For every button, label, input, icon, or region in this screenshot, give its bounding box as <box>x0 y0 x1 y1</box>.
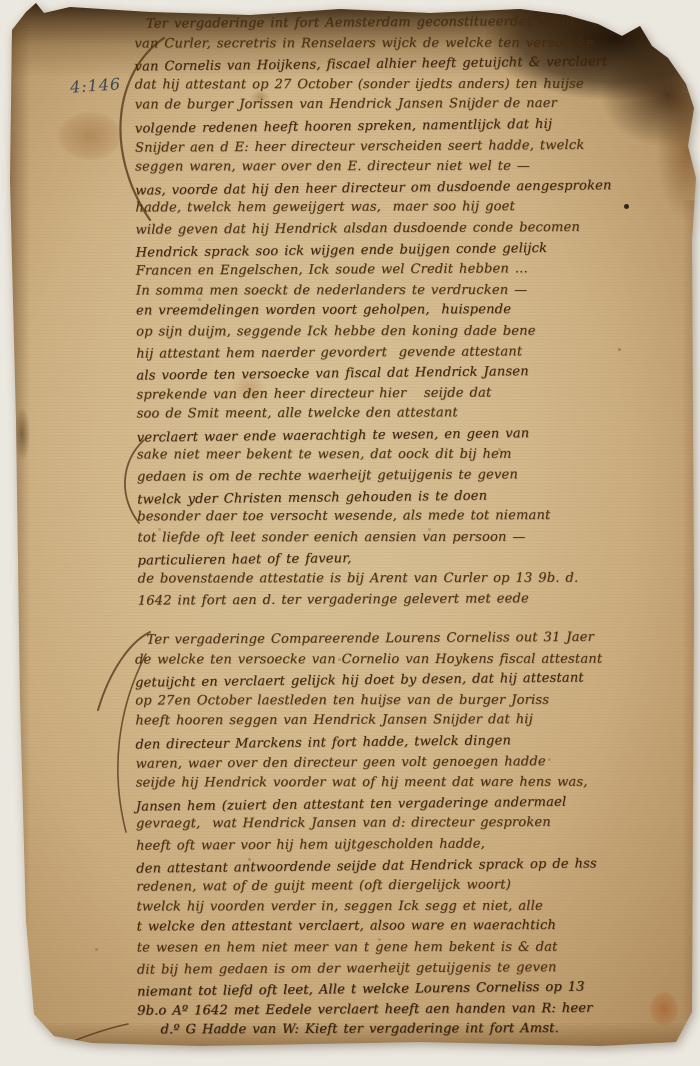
manuscript-line: heeft hooren seggen van Hendrick Jansen … <box>135 710 681 732</box>
paper-sheet-wrap: 4:146 Ter vergaderinge int fort Aemsterd… <box>0 0 700 1066</box>
manuscript-line: twelck hij voorden verder in, seggen Ick… <box>136 896 682 918</box>
manuscript-line: op sijn duijm, seggende Ick hebbe den ko… <box>136 321 682 343</box>
manuscript-line: soo de Smit meent, alle twelcke den atte… <box>137 403 683 425</box>
manuscript-line: besonder daer toe versocht wesende, als … <box>137 506 683 528</box>
manuscript-line: gevraegt, wat Hendrick Jansen van d: dir… <box>136 813 682 835</box>
folio-number: 4:146 <box>69 74 121 97</box>
manuscript-paragraph-2: Ter vergaderinge Compareerende Lourens C… <box>135 627 684 1042</box>
scanned-document-view: 4:146 Ter vergaderinge int fort Aemsterd… <box>0 0 700 1066</box>
manuscript-line: van de burger Jorissen van Hendrick Jans… <box>135 94 681 116</box>
manuscript-line: op 27en October laestleden ten huijse va… <box>135 690 681 712</box>
manuscript-line: en vreemdelingen worden voort geholpen, … <box>136 300 682 322</box>
manuscript-line: sake niet meer bekent te wesen, dat oock… <box>137 445 683 467</box>
manuscript-page: 4:146 Ter vergaderinge int fort Aemsterd… <box>0 0 700 1066</box>
manuscript-line: Ter vergaderinge Compareerende Lourens C… <box>135 627 681 651</box>
manuscript-paragraph-1: Ter vergaderinge int fort Aemsterdam gec… <box>134 11 684 612</box>
manuscript-line: te wesen en hem niet meer van t gene hem… <box>137 937 683 959</box>
manuscript-line: dat hij attestant op 27 October (sonder … <box>135 74 681 96</box>
manuscript-line: seijde hij Hendrick voorder wat of hij m… <box>136 773 682 795</box>
stain <box>58 112 122 160</box>
manuscript-line: In somma men soeckt de nederlanders te v… <box>136 280 682 302</box>
manuscript-line: Ter vergaderinge int fort Aemsterdam gec… <box>134 11 680 35</box>
paper-speckles <box>0 0 3 3</box>
manuscript-line: de bovenstaende attestatie is bij Arent … <box>138 569 684 591</box>
manuscript-line: t welcke den attestant verclaert, alsoo … <box>137 916 683 938</box>
manuscript-line: 1642 int fort aen d. ter vergaderinge ge… <box>138 588 684 612</box>
manuscript-line: seggen waren, waer over den E. directeur… <box>135 157 681 179</box>
manuscript-line: d.º G Hadde van W: Kieft ter vergadering… <box>137 1019 683 1041</box>
manuscript-line: hadde, twelck hem geweijgert was, maer s… <box>135 197 681 219</box>
stain <box>14 408 30 460</box>
